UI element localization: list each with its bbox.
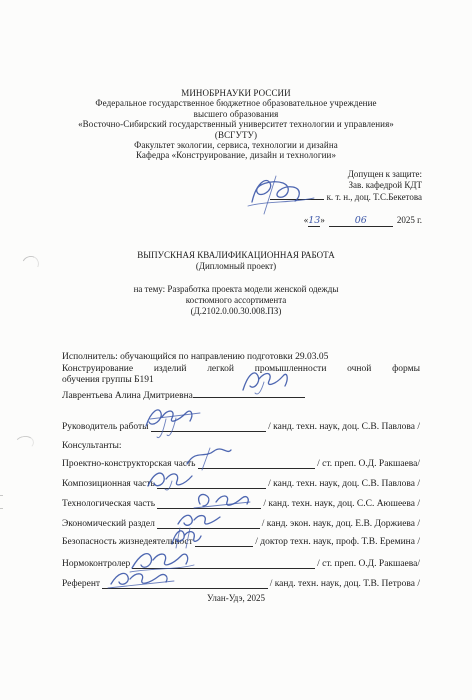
institution-line: Федеральное государственное бюджетное об… (0, 98, 472, 108)
consultant-credential: / канд. техн. наук, доц. С.В. Павлова / (268, 479, 420, 490)
theme-line-1: на тему: Разработка проекта модели женск… (0, 284, 472, 295)
signature-line (157, 486, 266, 489)
consultant-row: Референт / канд. техн. наук, доц. Т.В. П… (62, 579, 420, 590)
consultant-credential: / ст. преп. О.Д. Ракшаева/ (317, 559, 420, 570)
consultant-credential: / канд. экон. наук, доц. Е.В. Доржиева / (262, 519, 420, 530)
signature-line (195, 544, 253, 547)
approval-head-name: к. т. н., доц. Т.С.Бекетова (327, 192, 422, 202)
approval-title: Допущен к защите: (270, 169, 422, 180)
approval-block: Допущен к защите: Зав. кафедрой КДТ к. т… (270, 169, 422, 227)
consultant-role-label: Проектно-конструкторская часть (62, 459, 196, 470)
faculty-line: Факультет экологии, сервиса, технологии … (0, 140, 472, 150)
consultant-row: Композиционная часть / канд. техн. наук,… (62, 479, 420, 490)
executor-line-1: Исполнитель: обучающийся по направлению … (62, 352, 420, 364)
ministry-header: МИНОБРНАУКИ РОССИИ Федеральное государст… (0, 88, 472, 161)
department-line: Кафедра «Конструирование, дизайн и техно… (0, 150, 472, 160)
consultant-row: Проектно-конструкторская часть / ст. пре… (62, 459, 420, 470)
binder-ring-artifact (14, 435, 35, 452)
executor-name-row: Лаврентьева Алина Дмитриевна (62, 389, 420, 403)
signature-line (157, 506, 261, 509)
work-subtype: (Дипломный проект) (0, 261, 472, 272)
supervisor-row: Руководитель работы / канд. техн. наук, … (62, 422, 420, 433)
consultant-credential: / канд. техн. наук, доц. Т.В. Петрова / (270, 579, 420, 590)
thesis-title-page: МИНОБРНАУКИ РОССИИ Федеральное государст… (0, 0, 472, 700)
consultant-row: Технологическая часть / канд. техн. наук… (62, 499, 420, 510)
approval-date-line: «13»062025 г. (270, 215, 422, 227)
consultant-role-label: Композиционная часть (62, 479, 155, 490)
university-name-line: «Восточно-Сибирский государственный унив… (0, 119, 472, 129)
work-title-block: ВЫПУСКНАЯ КВАЛИФИКАЦИОННАЯ РАБОТА (Дипло… (0, 250, 472, 317)
approval-head-name-line: к. т. н., доц. Т.С.Бекетова (270, 191, 422, 203)
signatories-section: Исполнитель: обучающийся по направлению … (62, 352, 420, 590)
supervisor-label: Руководитель работы (62, 422, 149, 433)
signature-line (198, 466, 316, 469)
consultant-role-label: Референт (62, 579, 100, 590)
consultant-credential: / канд. техн. наук, доц. С.С. Аюшеева / (263, 499, 420, 510)
executor-name: Лаврентьева Алина Дмитриевна (62, 391, 193, 401)
theme-line-2: костюмного ассортимента (0, 295, 472, 306)
consultant-role-label: Безопасность жизнедеятельност (62, 537, 193, 548)
scan-speck (0, 508, 3, 509)
consultant-row: Экономический раздел / канд. экон. наук,… (62, 519, 420, 530)
executor-line-3: обучения группы Б191 (62, 375, 420, 387)
signature-line (157, 526, 260, 529)
date-month-field: 06 (329, 215, 393, 227)
ministry-line: МИНОБРНАУКИ РОССИИ (0, 88, 472, 98)
city-year-footer: Улан-Удэ, 2025 (0, 593, 472, 603)
executor-line-2: Конструирование изделий легкой промышлен… (62, 364, 420, 376)
consultant-role-label: Нормоконтролер (62, 559, 130, 570)
signature-line (151, 429, 267, 432)
work-type-title: ВЫПУСКНАЯ КВАЛИФИКАЦИОННАЯ РАБОТА (0, 250, 472, 261)
consultant-row: Нормоконтролер / ст. преп. О.Д. Ракшаева… (62, 559, 420, 570)
document-code: (Д.2102.0.00.30.008.ПЗ) (0, 306, 472, 317)
date-day-field: 13 (308, 215, 320, 227)
date-year: 2025 г. (397, 215, 422, 225)
consultant-credential: / ст. преп. О.Д. Ракшаева/ (317, 459, 420, 470)
quote-close: » (320, 215, 325, 225)
handwritten-day: 13 (308, 215, 320, 226)
consultant-row: Безопасность жизнедеятельност / доктор т… (62, 537, 420, 548)
approval-head-role: Зав. кафедрой КДТ (270, 180, 422, 191)
signature-line (102, 586, 268, 589)
signature-line (193, 389, 305, 398)
signature-line (132, 566, 315, 569)
education-level-line: высшего образования (0, 109, 472, 119)
scan-speck (0, 495, 3, 496)
university-abbr-line: (ВСГУТУ) (0, 130, 472, 140)
signature-line (270, 191, 324, 200)
consultant-role-label: Технологическая часть (62, 499, 155, 510)
consultants-heading: Консультанты: (62, 441, 420, 452)
consultant-credential: / доктор техн. наук, проф. Т.В. Еремина … (255, 537, 420, 548)
supervisor-credential: / канд. техн. наук, доц. С.В. Павлова / (268, 422, 420, 433)
consultant-role-label: Экономический раздел (62, 519, 155, 530)
handwritten-month: 06 (355, 215, 367, 226)
